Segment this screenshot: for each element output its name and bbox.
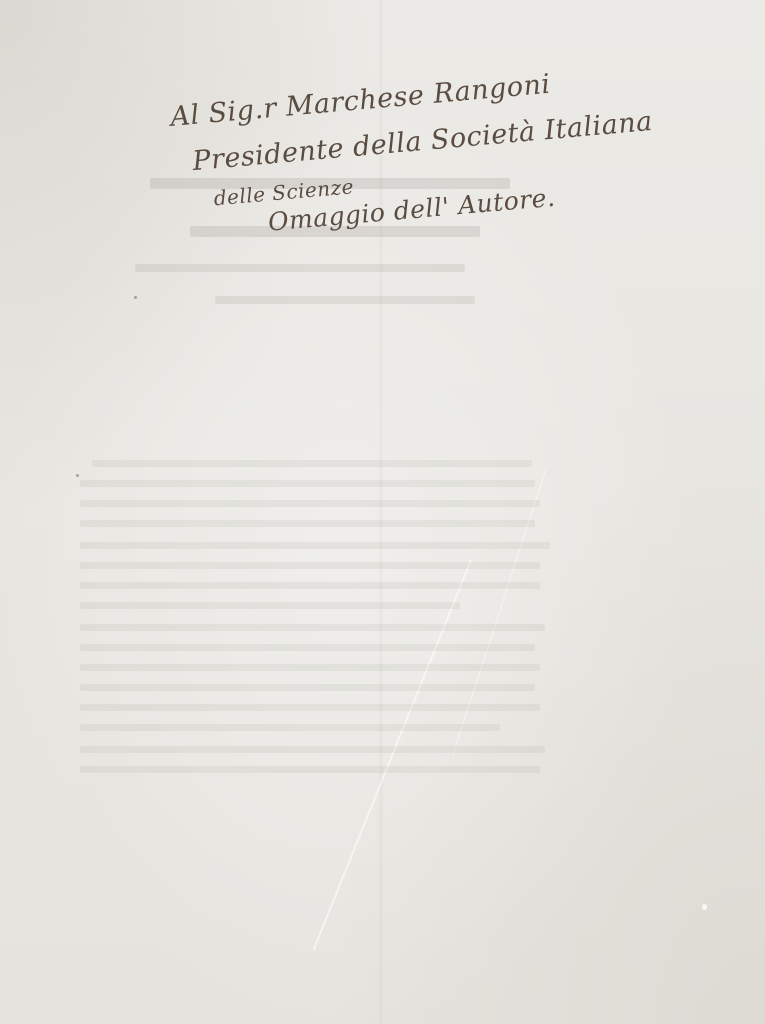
paper-speck bbox=[134, 296, 137, 299]
paper-crease bbox=[313, 560, 472, 950]
bleed-through-line bbox=[80, 644, 535, 651]
bleed-through-line bbox=[80, 582, 540, 589]
paper-speck bbox=[76, 474, 79, 477]
paper-speck bbox=[702, 904, 707, 910]
bleed-through-line bbox=[80, 746, 545, 753]
bleed-through-subtitle bbox=[135, 264, 465, 272]
bleed-through-line bbox=[80, 480, 535, 487]
bleed-through-line bbox=[80, 704, 540, 711]
bleed-through-subtitle bbox=[215, 296, 475, 304]
bleed-through-line bbox=[80, 766, 540, 773]
bleed-through-line bbox=[80, 602, 460, 609]
bleed-through-line bbox=[80, 542, 550, 549]
bleed-through-line bbox=[80, 520, 535, 527]
paper-crease bbox=[452, 470, 546, 756]
bleed-through-line bbox=[92, 460, 532, 467]
bleed-through-line bbox=[80, 562, 540, 569]
bleed-through-line bbox=[80, 684, 535, 691]
bleed-through-line bbox=[80, 500, 540, 507]
bleed-through-line bbox=[80, 664, 540, 671]
bleed-through-line bbox=[80, 624, 545, 631]
bleed-through-line bbox=[80, 724, 500, 731]
scanned-page: Al Sig.r Marchese Rangoni Presidente del… bbox=[0, 0, 765, 1024]
handwritten-inscription: Al Sig.r Marchese Rangoni Presidente del… bbox=[168, 39, 726, 88]
